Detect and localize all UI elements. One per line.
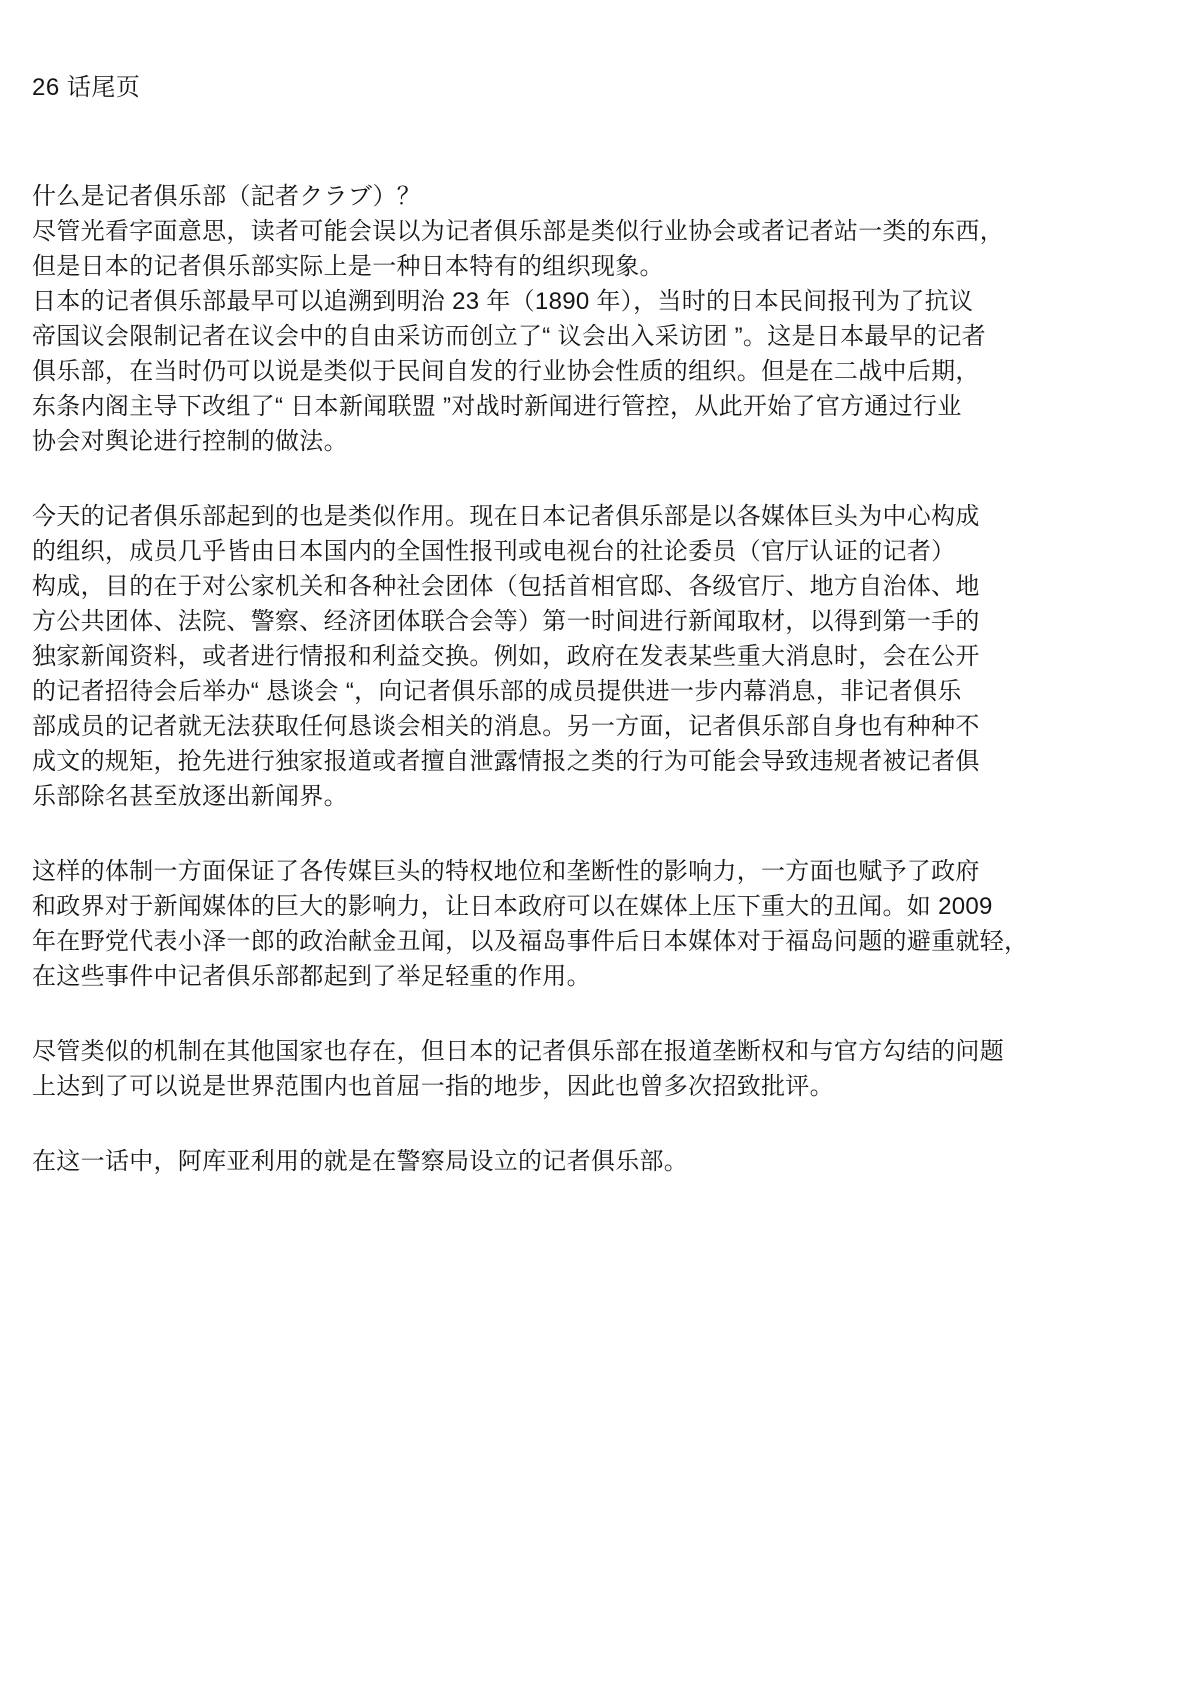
page-title: 26 话尾页 — [32, 70, 1172, 105]
text-line: 年在野党代表小泽一郎的政治献金丑闻，以及福岛事件后日本媒体对于福岛问题的避重就轻… — [32, 924, 1172, 959]
text-line: 的组织，成员几乎皆由日本国内的全国性报刊或电视台的社论委员（官厅认证的记者） — [32, 534, 1172, 569]
paragraph-kisha-club-intro: 什么是记者俱乐部（記者クラブ）？ 尽管光看字面意思，读者可能会误以为记者俱乐部是… — [32, 179, 1172, 459]
text-line: 东条内阁主导下改组了“ 日本新闻联盟 ”对战时新闻进行管控，从此开始了官方通过行… — [32, 389, 1172, 424]
text-line: 尽管光看字面意思，读者可能会误以为记者俱乐部是类似行业协会或者记者站一类的东西， — [32, 214, 1172, 249]
paragraph-system-effects: 这样的体制一方面保证了各传媒巨头的特权地位和垄断性的影响力，一方面也赋予了政府 … — [32, 854, 1172, 994]
text-line: 今天的记者俱乐部起到的也是类似作用。现在日本记者俱乐部是以各媒体巨头为中心构成 — [32, 499, 1172, 534]
text-line: 日本的记者俱乐部最早可以追溯到明治 23 年（1890 年），当时的日本民间报刊… — [32, 284, 1172, 319]
text-line: 上达到了可以说是世界范围内也首屈一指的地步，因此也曾多次招致批评。 — [32, 1069, 1172, 1104]
text-line: 协会对舆论进行控制的做法。 — [32, 424, 1172, 459]
document-page: 26 话尾页 什么是记者俱乐部（記者クラブ）？ 尽管光看字面意思，读者可能会误以… — [0, 0, 1200, 1706]
text-line: 方公共团体、法院、警察、经济团体联合会等）第一时间进行新闻取材，以得到第一手的 — [32, 604, 1172, 639]
text-line: 在这些事件中记者俱乐部都起到了举足轻重的作用。 — [32, 959, 1172, 994]
text-line: 部成员的记者就无法获取任何恳谈会相关的消息。另一方面，记者俱乐部自身也有种种不 — [32, 709, 1172, 744]
text-line: 构成，目的在于对公家机关和各种社会团体（包括首相官邸、各级官厅、地方自治体、地 — [32, 569, 1172, 604]
text-line: 成文的规矩，抢先进行独家报道或者擅自泄露情报之类的行为可能会导致违规者被记者俱 — [32, 744, 1172, 779]
paragraph-kisha-club-today: 今天的记者俱乐部起到的也是类似作用。现在日本记者俱乐部是以各媒体巨头为中心构成 … — [32, 499, 1172, 814]
text-line: 帝国议会限制记者在议会中的自由采访而创立了“ 议会出入采访团 ”。这是日本最早的… — [32, 319, 1172, 354]
text-line: 独家新闻资料，或者进行情报和利益交换。例如，政府在发表某些重大消息时，会在公开 — [32, 639, 1172, 674]
paragraph-criticism: 尽管类似的机制在其他国家也存在，但日本的记者俱乐部在报道垄断权和与官方勾结的问题… — [32, 1034, 1172, 1104]
text-line: 什么是记者俱乐部（記者クラブ）？ — [32, 179, 1172, 214]
text-line: 俱乐部，在当时仍可以说是类似于民间自发的行业协会性质的组织。但是在二战中后期， — [32, 354, 1172, 389]
paragraph-chapter-note: 在这一话中，阿库亚利用的就是在警察局设立的记者俱乐部。 — [32, 1144, 1172, 1179]
text-line: 乐部除名甚至放逐出新闻界。 — [32, 779, 1172, 814]
text-line: 但是日本的记者俱乐部实际上是一种日本特有的组织现象。 — [32, 249, 1172, 284]
text-line: 在这一话中，阿库亚利用的就是在警察局设立的记者俱乐部。 — [32, 1144, 1172, 1179]
text-line: 和政界对于新闻媒体的巨大的影响力，让日本政府可以在媒体上压下重大的丑闻。如 20… — [32, 889, 1172, 924]
text-line: 这样的体制一方面保证了各传媒巨头的特权地位和垄断性的影响力，一方面也赋予了政府 — [32, 854, 1172, 889]
text-line: 尽管类似的机制在其他国家也存在，但日本的记者俱乐部在报道垄断权和与官方勾结的问题 — [32, 1034, 1172, 1069]
text-line: 的记者招待会后举办“ 恳谈会 “，向记者俱乐部的成员提供进一步内幕消息，非记者俱… — [32, 674, 1172, 709]
